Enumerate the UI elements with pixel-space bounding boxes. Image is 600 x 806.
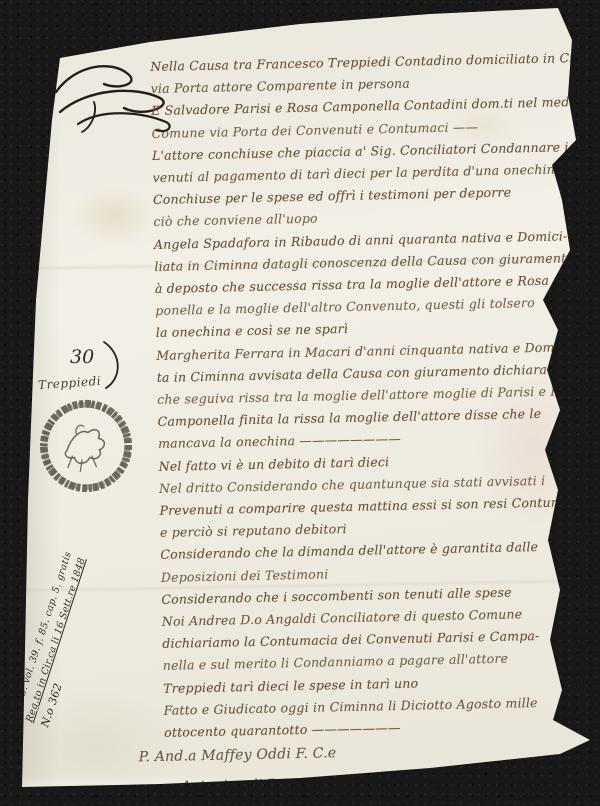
registration-note-rotated: D. Triunfando Lib. 3. vol. 39. f. 85. ca…: [0, 472, 161, 739]
document-paper: vino 30 Treppiedi D. Triunfando Lib. 3. …: [14, 6, 592, 796]
signature-clerk: Antonino di Bartolomeo Supp.o: [181, 766, 600, 797]
paren-flourish-icon: [100, 340, 126, 390]
photograph-background: vino 30 Treppiedi D. Triunfando Lib. 3. …: [0, 0, 600, 806]
manuscript-body: Nella Causa tra Francesco Treppiedi Cont…: [150, 47, 600, 798]
case-number-text: 30: [70, 346, 94, 368]
